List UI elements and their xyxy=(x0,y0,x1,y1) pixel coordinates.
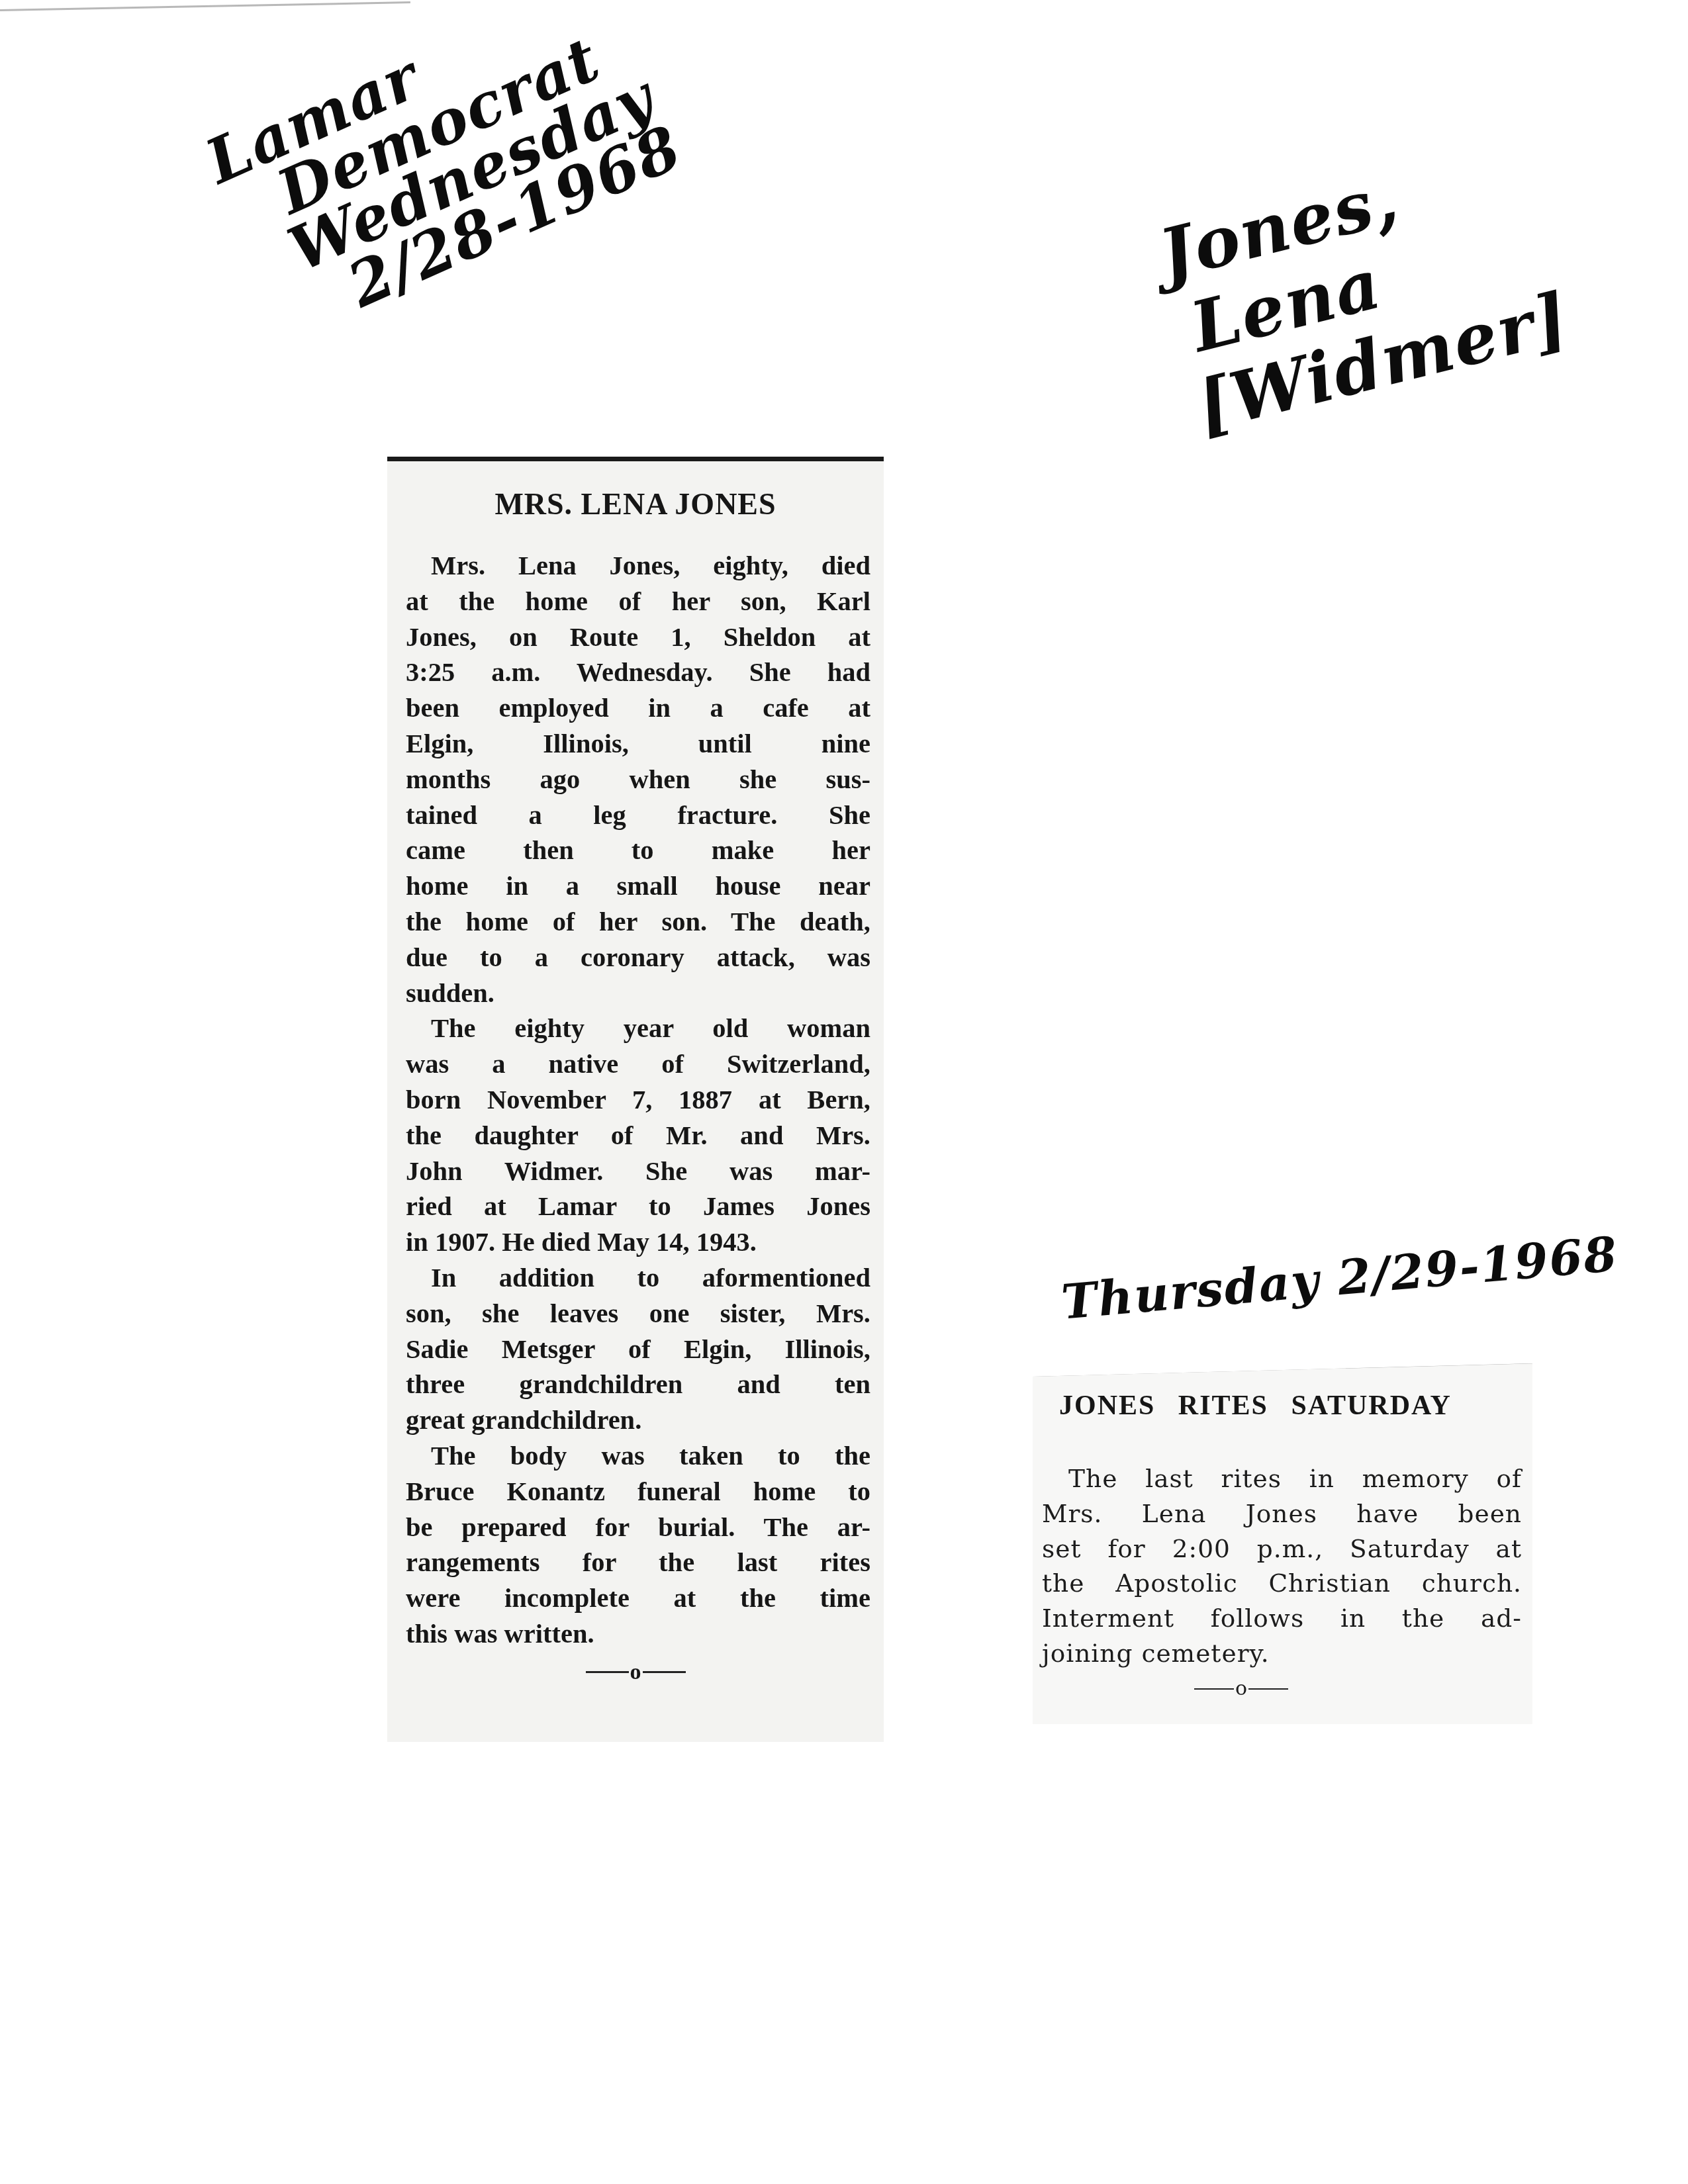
handwritten-date-note: Thursday 2/29-1968 xyxy=(1059,1225,1620,1330)
obituary-headline: MRS. LENA JONES xyxy=(387,486,884,522)
text-line: 3:25 a.m. Wednesday. She had xyxy=(406,655,870,690)
text-line: The last rites in memory of xyxy=(1042,1461,1522,1496)
note-line: Thursday 2/29-1968 xyxy=(1059,1225,1620,1330)
text-line: Elgin, Illinois, until nine xyxy=(406,726,870,762)
text-line: sudden. xyxy=(406,976,870,1011)
text-line: Interment follows in the ad- xyxy=(1042,1601,1522,1636)
text-line: The eighty year old woman xyxy=(406,1011,870,1046)
obituary-body: Mrs. Lena Jones, eighty, diedat the home… xyxy=(406,548,870,1652)
text-line: Bruce Konantz funeral home to xyxy=(406,1474,870,1510)
text-line: this was written. xyxy=(406,1616,870,1652)
text-line: joining cemetery. xyxy=(1042,1636,1522,1671)
handwritten-name-note: Jones, Lena [Widmer] xyxy=(1152,126,1576,445)
text-line: in 1907. He died May 14, 1943. xyxy=(406,1224,870,1260)
text-line: were incomplete at the time xyxy=(406,1580,870,1616)
text-line: the Apostolic Christian church. xyxy=(1042,1566,1522,1601)
end-divider: o xyxy=(1042,1678,1522,1700)
text-line: great grandchildren. xyxy=(406,1402,870,1438)
obituary-clipping: MRS. LENA JONES Mrs. Lena Jones, eighty,… xyxy=(387,457,884,1742)
text-line: son, she leaves one sister, Mrs. xyxy=(406,1296,870,1332)
text-line: Mrs. Lena Jones, eighty, died xyxy=(406,548,870,584)
clipping-edge xyxy=(1033,1362,1536,1377)
rites-body: The last rites in memory ofMrs. Lena Jon… xyxy=(1042,1461,1522,1700)
text-line: was a native of Switzerland, xyxy=(406,1046,870,1082)
text-line: be prepared for burial. The ar- xyxy=(406,1510,870,1545)
text-line: ried at Lamar to James Jones xyxy=(406,1189,870,1224)
end-mark: o xyxy=(629,1661,643,1684)
text-line: at the home of her son, Karl xyxy=(406,584,870,619)
text-line: months ago when she sus- xyxy=(406,762,870,797)
text-line: three grandchildren and ten xyxy=(406,1367,870,1402)
text-line: Jones, on Route 1, Sheldon at xyxy=(406,619,870,655)
end-divider: o xyxy=(387,1661,884,1684)
text-line: Sadie Metsger of Elgin, Illinois, xyxy=(406,1332,870,1367)
rites-clipping: JONES RITES SATURDAY The last rites in m… xyxy=(1033,1363,1532,1724)
text-line: home in a small house near xyxy=(406,868,870,904)
text-line: In addition to aformentioned xyxy=(406,1260,870,1296)
text-line: due to a coronary attack, was xyxy=(406,940,870,976)
text-line: rangements for the last rites xyxy=(406,1545,870,1580)
text-line: the daughter of Mr. and Mrs. xyxy=(406,1118,870,1154)
text-line: The body was taken to the xyxy=(406,1438,870,1474)
text-line: the home of her son. The death, xyxy=(406,904,870,940)
text-line: born November 7, 1887 at Bern, xyxy=(406,1082,870,1118)
text-line: tained a leg fracture. She xyxy=(406,797,870,833)
handwritten-source-note: Lamar Democrat Wednesday 2/28-1968 xyxy=(199,0,689,347)
text-line: came then to make her xyxy=(406,833,870,868)
text-line: John Widmer. She was mar- xyxy=(406,1154,870,1189)
text-line: been employed in a cafe at xyxy=(406,690,870,726)
rites-headline: JONES RITES SATURDAY xyxy=(1059,1390,1526,1422)
scan-edge-line xyxy=(0,1,410,11)
end-mark: o xyxy=(1234,1678,1248,1700)
text-line: set for 2:00 p.m., Saturday at xyxy=(1042,1531,1522,1567)
text-line: Mrs. Lena Jones have been xyxy=(1042,1496,1522,1531)
